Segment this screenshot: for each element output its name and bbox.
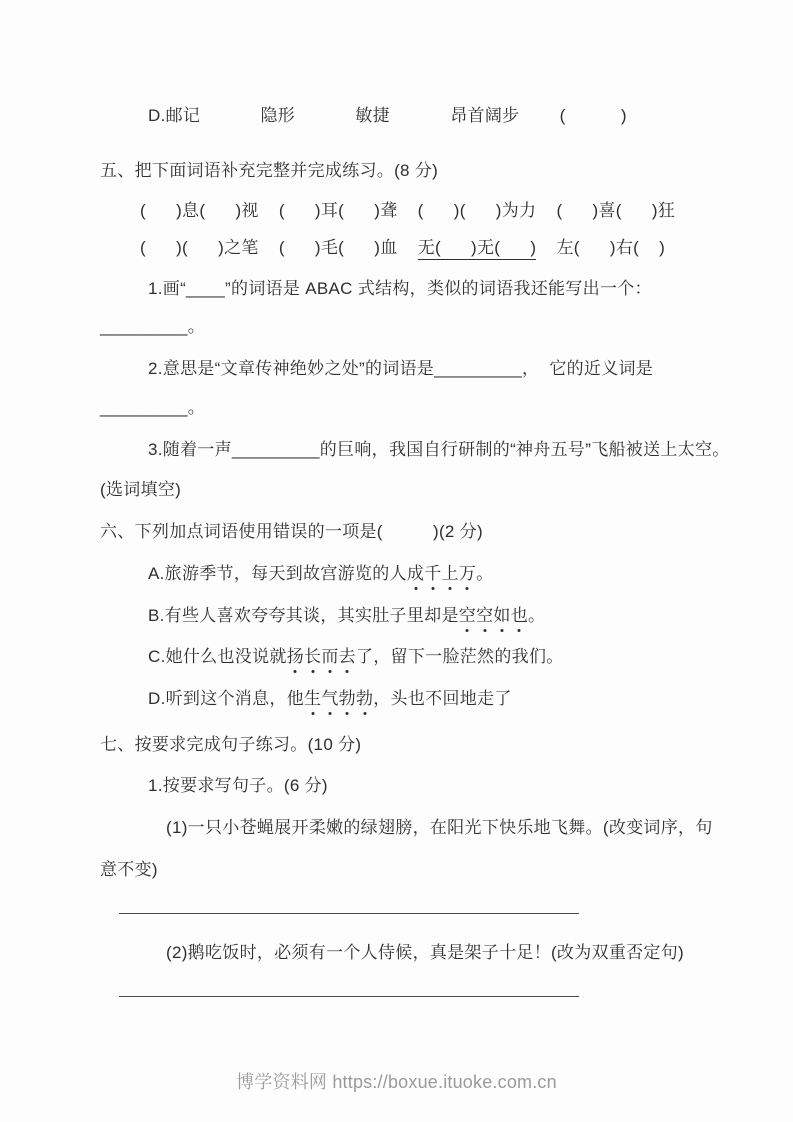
emphasized-char: 如: [493, 605, 510, 626]
section6-option-c: C.她什么也没说就扬长而去了，留下一脸茫然的我们。: [148, 646, 564, 667]
underlined-idiom: 无( )无( ): [418, 238, 537, 260]
section5-heading: 五、把下面词语补充完整并完成练习。(8 分): [100, 160, 438, 181]
emphasized-char: 生: [304, 688, 321, 709]
emphasized-char: 而: [321, 646, 338, 667]
section6-option-b: B.有些人喜欢夸夸其谈，其实肚子里却是空空如也。: [148, 605, 545, 626]
text-run: B.有些人喜欢夸夸其谈，其实肚子里却是: [148, 606, 459, 625]
emphasized-char: 去: [339, 646, 356, 667]
section5-q2: 2.意思是“文章传神绝妙之处”的词语是_________， 它的近义词是: [148, 358, 653, 379]
text-run: 。: [528, 606, 545, 625]
text-run: C.她什么也没说就: [148, 647, 287, 666]
section5-q1-blank: _________。: [100, 316, 205, 337]
emphasized-char: 气: [321, 688, 338, 709]
footer-watermark: 博学资料网 https://boxue.ituoke.com.cn: [0, 1068, 793, 1094]
idiom-blanks-row-1: ( )息( )视 ( )耳( )聋 ( )( )为力 ( )喜( )狂: [140, 200, 675, 221]
text-run: 了，留下一脸茫然的我们。: [356, 647, 564, 666]
section5-q2-blank: _________。: [100, 397, 205, 418]
emphasized-char: 万: [459, 563, 476, 584]
answer-line-1: [119, 913, 579, 914]
text-run: D.听到这个消息，他: [148, 689, 304, 708]
emphasized-char: 成: [407, 563, 424, 584]
emphasized-char: 扬: [287, 646, 304, 667]
section6-option-a: A.旅游季节，每天到故宫游览的人成千上万。: [148, 563, 493, 584]
text-run: 左( )右( ): [536, 238, 665, 257]
emphasized-char: 勃: [339, 688, 356, 709]
section5-q3: 3.随着一声_________的巨响，我国自行研制的“神舟五号”飞船被送上太空。: [148, 439, 730, 460]
answer-line-2: [119, 996, 579, 997]
section5-q1: 1.画“____”的词语是 ABAC 式结构，类似的词语我还能写出一个：: [148, 278, 652, 299]
emphasized-char: 上: [442, 563, 459, 584]
emphasized-char: 空: [459, 605, 476, 626]
test-paper-page: D.邮记 隐形 敏捷 昂首阔步 ( ) 五、把下面词语补充完整并完成练习。(8 …: [0, 0, 793, 1122]
text-run: ，头也不回地走了: [373, 689, 511, 708]
section7-item2: (2)鹅吃饭时，必须有一个人侍候，真是架子十足！(改为双重否定句): [166, 942, 684, 963]
section6-option-d: D.听到这个消息，他生气勃勃，头也不回地走了: [148, 688, 512, 709]
idiom-blanks-row-2: ( )( )之笔 ( )毛( )血 无( )无( ) 左( )右( ): [140, 237, 665, 258]
text-run: 。: [476, 564, 493, 583]
section6-heading: 六、下列加点词语使用错误的一项是( )(2 分): [100, 521, 483, 542]
text-run: A.旅游季节，每天到故宫游览的人: [148, 564, 407, 583]
emphasized-char: 千: [424, 563, 441, 584]
emphasized-char: 空: [476, 605, 493, 626]
emphasized-char: 勃: [356, 688, 373, 709]
text-run: ( )( )之笔 ( )毛( )血: [140, 238, 418, 257]
choice-row-d: D.邮记 隐形 敏捷 昂首阔步 ( ): [148, 105, 627, 126]
section7-sub1: 1.按要求写句子。(6 分): [148, 775, 328, 796]
section7-heading: 七、按要求完成句子练习。(10 分): [100, 734, 361, 755]
emphasized-char: 也: [511, 605, 528, 626]
section7-item1-line2: 意不变): [100, 859, 158, 880]
section5-q3-note: (选词填空): [100, 479, 181, 500]
emphasized-char: 长: [304, 646, 321, 667]
section7-item1-line1: (1)一只小苍蝇展开柔嫩的绿翅膀，在阳光下快乐地飞舞。(改变词序，句: [166, 817, 713, 838]
